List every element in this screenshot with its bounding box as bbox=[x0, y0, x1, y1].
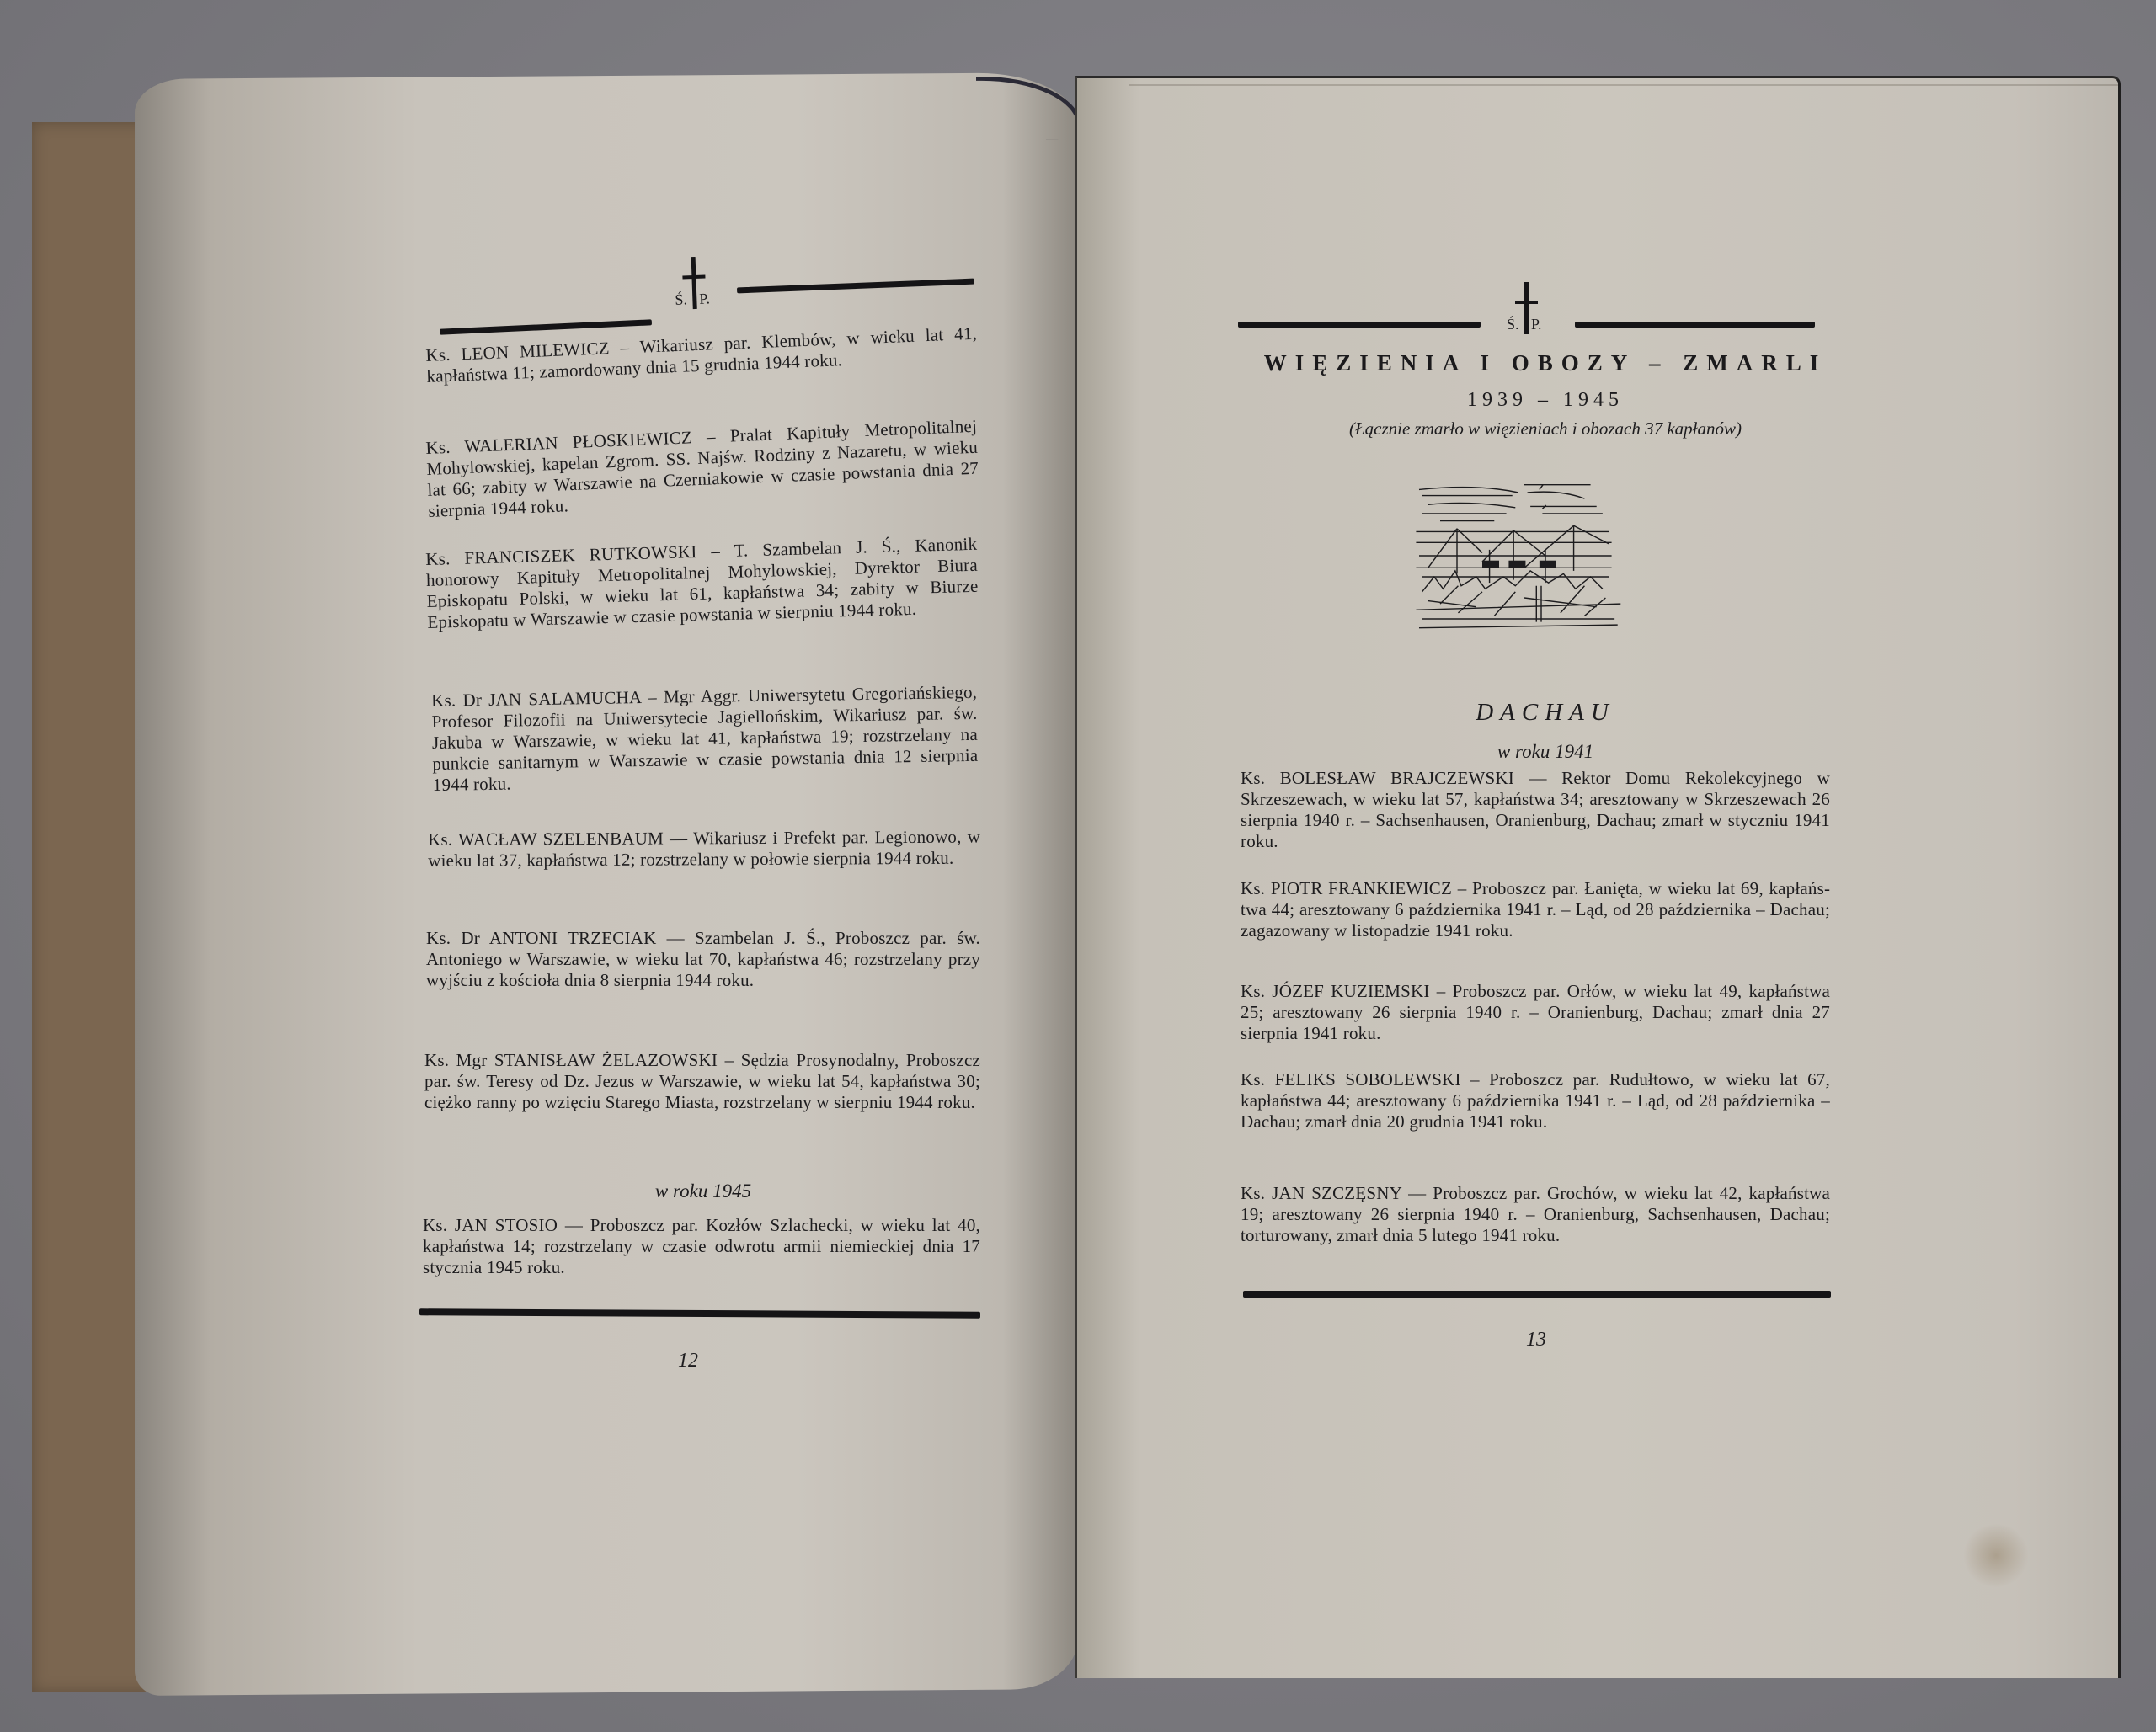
section-subtitle: (Łącznie zmarło w więzieniach i obozach … bbox=[1234, 418, 1857, 440]
section-years: 1939 – 1945 bbox=[1234, 389, 1857, 412]
cross-icon bbox=[691, 257, 697, 309]
entry-salamucha: Ks. Dr JAN SALAMUCHA – Mgr Aggr. Uniwers… bbox=[431, 682, 979, 796]
year-heading-1941: w roku 1941 bbox=[1234, 741, 1857, 763]
entry-stosio: Ks. JAN STOSIO — Proboszcz par. Kozłów S… bbox=[423, 1215, 980, 1278]
entry-brajczewski: Ks. BOLESŁAW BRAJCZEWSKI — Rektor Domu R… bbox=[1241, 768, 1830, 852]
entry-kuziemski: Ks. JÓZEF KUZIEMSKI – Proboszcz par. Orł… bbox=[1241, 981, 1830, 1044]
header-rule-right-right-page bbox=[1575, 322, 1815, 328]
entry-trzeciak: Ks. Dr ANTONI TRZECIAK — Szambelan J. Ś.… bbox=[426, 928, 980, 991]
paper-stain bbox=[1962, 1524, 2030, 1587]
footer-rule-right-page bbox=[1243, 1291, 1831, 1298]
camp-heading-dachau: DACHAU bbox=[1234, 699, 1857, 727]
camp-fence-illustration bbox=[1390, 472, 1659, 640]
cross-icon bbox=[1524, 282, 1529, 334]
year-heading-1945: w roku 1945 bbox=[425, 1180, 981, 1202]
entry-frankiewicz: Ks. PIOTR FRANKIEWICZ – Proboszcz par. Ł… bbox=[1241, 878, 1830, 941]
left-page bbox=[135, 72, 1078, 1696]
entry-zelazowski: Ks. Mgr STANISŁAW ŻELAZOWSKI – Sędzia Pr… bbox=[424, 1050, 980, 1113]
page-number-right: 13 bbox=[1526, 1329, 1546, 1351]
page-number-left: 12 bbox=[678, 1350, 698, 1372]
header-rule-left-right-page bbox=[1238, 322, 1481, 328]
right-page bbox=[1075, 76, 2121, 1678]
entry-szelenbaum: Ks. WACŁAW SZELENBAUM — Wikariusz i Pref… bbox=[428, 827, 980, 871]
entry-szczesny: Ks. JAN SZCZĘSNY — Proboszcz par. Grochó… bbox=[1241, 1183, 1830, 1246]
entry-rutkowski: Ks. FRANCISZEK RUTKOWSKI – T. Szambelan … bbox=[425, 534, 979, 633]
sp-cross-mark-right: Ś. P. bbox=[1502, 282, 1552, 349]
sp-cross-mark: Ś. P. bbox=[669, 256, 722, 325]
entry-sobolewski: Ks. FELIKS SOBOLEWSKI – Proboszcz par. R… bbox=[1241, 1069, 1830, 1132]
section-title: WIĘZIENIA I OBOZY – ZMARLI bbox=[1234, 350, 1857, 376]
